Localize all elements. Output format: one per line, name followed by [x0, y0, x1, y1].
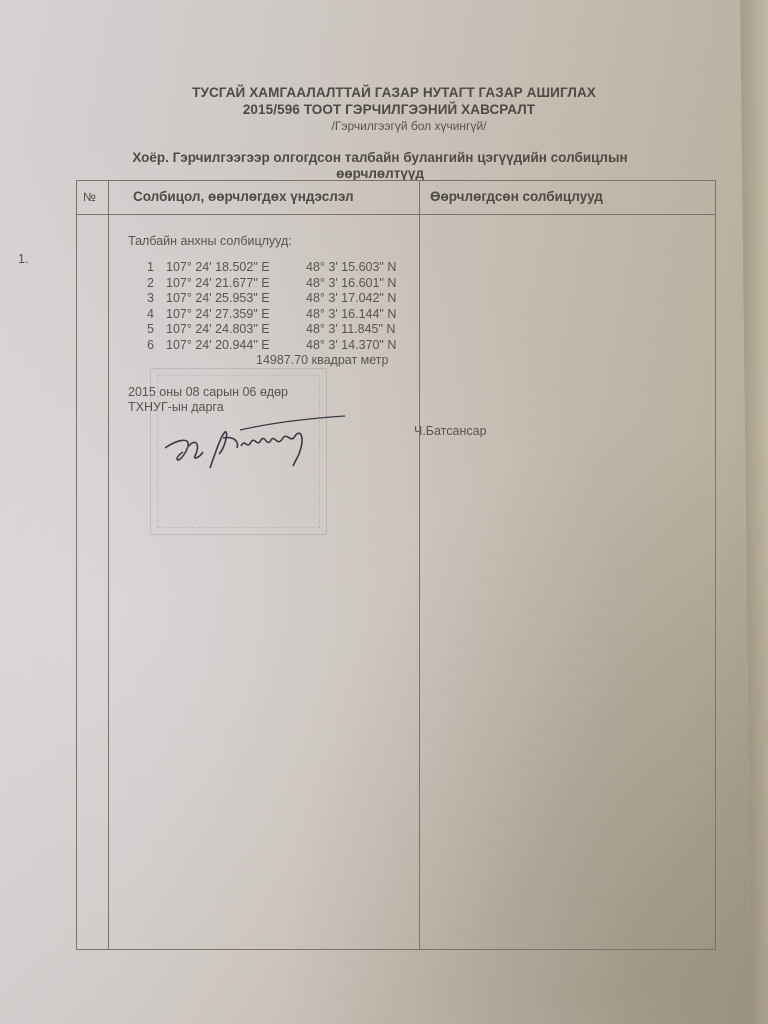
signer-name: Ч.Батсансар: [414, 424, 487, 438]
title-line-3: /Гэрчилгээгүй бол хүчингүй/: [0, 118, 768, 134]
area-value: 14987.70 квадрат метр: [128, 353, 416, 367]
section-title: Хоёр. Гэрчилгээгээр олгогдсон талбайн бу…: [100, 150, 660, 182]
coordinate-east: 107° 24' 21.677" E: [166, 276, 306, 292]
coordinate-east: 107° 24' 27.359" E: [166, 307, 306, 323]
coordinate-row: 6107° 24' 20.944" E48° 3' 14.370" N: [128, 338, 416, 354]
coordinate-row: 3107° 24' 25.953" E48° 3' 17.042" N: [128, 291, 416, 307]
coordinate-index: 2: [128, 276, 166, 292]
coordinate-east: 107° 24' 20.944" E: [166, 338, 306, 354]
row-number: 1.: [18, 252, 28, 266]
coordinate-index: 1: [128, 260, 166, 276]
date-text: 2015 оны 08 сарын 06 өдөр: [128, 385, 416, 400]
header-basis: Солбицол, өөрчлөгдөх үндэслэл: [133, 189, 354, 204]
coordinate-north: 48° 3' 11.845" N: [306, 322, 416, 338]
title-line-2: 2015/596 ТООТ ГЭРЧИЛГЭЭНИЙ ХАВСРАЛТ: [0, 101, 768, 118]
header-number: №: [83, 190, 96, 204]
coords-label: Талбайн анхны солбицлууд:: [128, 234, 416, 248]
header-divider: [77, 214, 715, 215]
header-changed-coordinates: Өөрчлөгдсөн солбицлууд: [430, 189, 603, 204]
coordinate-index: 6: [128, 338, 166, 354]
column-divider: [108, 181, 109, 949]
coordinate-list: 1107° 24' 18.502" E48° 3' 15.603" N2107°…: [128, 260, 416, 353]
coordinate-row: 5107° 24' 24.803" E48° 3' 11.845" N: [128, 322, 416, 338]
coordinate-index: 4: [128, 307, 166, 323]
coordinate-row: 4107° 24' 27.359" E48° 3' 16.144" N: [128, 307, 416, 323]
coordinate-row: 2107° 24' 21.677" E48° 3' 16.601" N: [128, 276, 416, 292]
title-line-1: ТУСГАЙ ХАМГААЛАЛТТАЙ ГАЗАР НУТАГТ ГАЗАР …: [0, 84, 768, 101]
coordinate-north: 48° 3' 14.370" N: [306, 338, 416, 354]
coordinate-east: 107° 24' 18.502" E: [166, 260, 306, 276]
row-content: Талбайн анхны солбицлууд: 1107° 24' 18.5…: [128, 234, 416, 415]
coordinate-index: 3: [128, 291, 166, 307]
coordinate-east: 107° 24' 24.803" E: [166, 322, 306, 338]
coordinate-north: 48° 3' 16.601" N: [306, 276, 416, 292]
paper-edge: [728, 0, 768, 1024]
coordinate-north: 48° 3' 17.042" N: [306, 291, 416, 307]
signature-icon: [155, 408, 355, 488]
document-header: ТУСГАЙ ХАМГААЛАЛТТАЙ ГАЗАР НУТАГТ ГАЗАР …: [0, 84, 768, 134]
coordinate-north: 48° 3' 15.603" N: [306, 260, 416, 276]
coordinate-index: 5: [128, 322, 166, 338]
column-divider: [419, 181, 420, 949]
coordinate-north: 48° 3' 16.144" N: [306, 307, 416, 323]
coordinate-east: 107° 24' 25.953" E: [166, 291, 306, 307]
coordinate-row: 1107° 24' 18.502" E48° 3' 15.603" N: [128, 260, 416, 276]
